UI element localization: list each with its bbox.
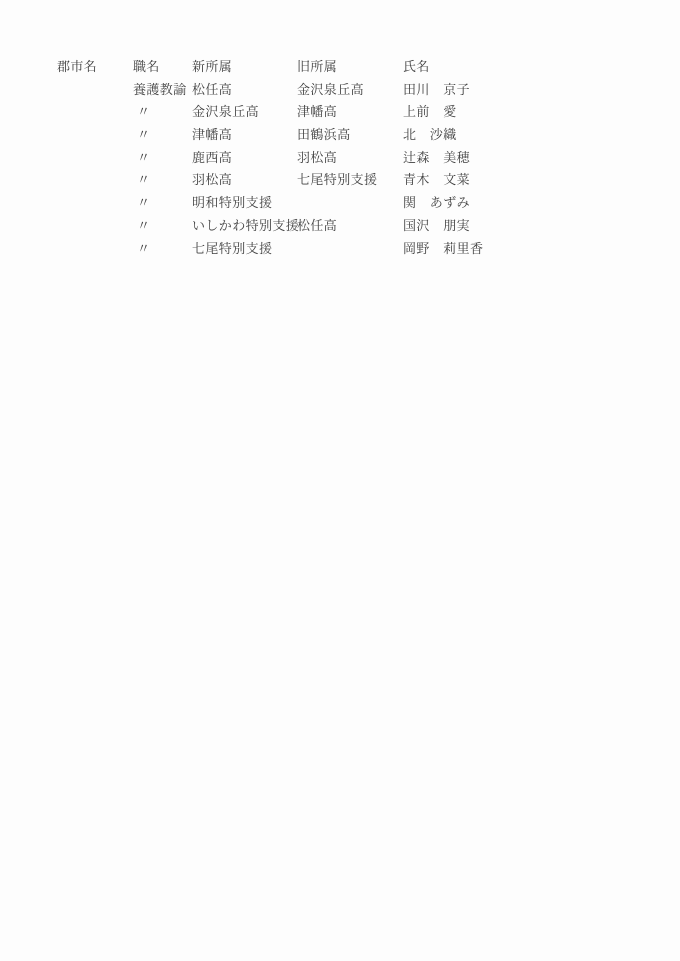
cell-job-title: 〃 xyxy=(133,192,150,215)
cell-name: 辻森 美穂 xyxy=(403,147,470,170)
personnel-transfer-table: 郡市名 職名 新所属 旧所属 氏名 養護教諭 松任高 金沢泉丘高 田川 京子 〃… xyxy=(0,56,680,260)
cell-new-affiliation: 明和特別支援 xyxy=(192,192,272,215)
cell-job-title: 養護教諭 xyxy=(133,79,187,102)
table-row: 〃 羽松高 七尾特別支援 青木 文菜 xyxy=(0,169,680,192)
cell-new-affiliation: 七尾特別支援 xyxy=(192,238,272,261)
cell-name: 上前 愛 xyxy=(403,101,457,124)
cell-job-title: 〃 xyxy=(133,169,150,192)
header-district: 郡市名 xyxy=(57,56,97,79)
cell-name: 田川 京子 xyxy=(403,79,470,102)
cell-job-title: 〃 xyxy=(133,147,150,170)
header-job-title: 職名 xyxy=(133,56,160,79)
cell-name: 岡野 莉里香 xyxy=(403,238,483,261)
cell-new-affiliation: 金沢泉丘高 xyxy=(192,101,259,124)
cell-old-affiliation: 金沢泉丘高 xyxy=(297,79,364,102)
cell-new-affiliation: いしかわ特別支援 xyxy=(192,215,299,238)
table-row: 〃 津幡高 田鶴浜高 北 沙織 xyxy=(0,124,680,147)
cell-name: 国沢 朋実 xyxy=(403,215,470,238)
cell-name: 青木 文菜 xyxy=(403,169,470,192)
cell-job-title: 〃 xyxy=(133,215,150,238)
document-page: 郡市名 職名 新所属 旧所属 氏名 養護教諭 松任高 金沢泉丘高 田川 京子 〃… xyxy=(0,0,680,961)
cell-new-affiliation: 津幡高 xyxy=(192,124,232,147)
cell-name: 関 あずみ xyxy=(403,192,470,215)
cell-new-affiliation: 鹿西高 xyxy=(192,147,232,170)
cell-name: 北 沙織 xyxy=(403,124,457,147)
cell-job-title: 〃 xyxy=(133,101,150,124)
table-row: 〃 七尾特別支援 岡野 莉里香 xyxy=(0,238,680,261)
table-row: 〃 明和特別支援 関 あずみ xyxy=(0,192,680,215)
table-header-row: 郡市名 職名 新所属 旧所属 氏名 xyxy=(0,56,680,79)
cell-old-affiliation: 津幡高 xyxy=(297,101,337,124)
table-row: 養護教諭 松任高 金沢泉丘高 田川 京子 xyxy=(0,79,680,102)
cell-old-affiliation: 七尾特別支援 xyxy=(297,169,377,192)
header-new-affiliation: 新所属 xyxy=(192,56,232,79)
cell-job-title: 〃 xyxy=(133,124,150,147)
cell-old-affiliation: 田鶴浜高 xyxy=(297,124,351,147)
table-row: 〃 鹿西高 羽松高 辻森 美穂 xyxy=(0,147,680,170)
table-row: 〃 いしかわ特別支援 松任高 国沢 朋実 xyxy=(0,215,680,238)
header-name: 氏名 xyxy=(403,56,430,79)
cell-old-affiliation: 羽松高 xyxy=(297,147,337,170)
cell-old-affiliation: 松任高 xyxy=(297,215,337,238)
cell-new-affiliation: 松任高 xyxy=(192,79,232,102)
table-row: 〃 金沢泉丘高 津幡高 上前 愛 xyxy=(0,101,680,124)
header-old-affiliation: 旧所属 xyxy=(297,56,337,79)
cell-new-affiliation: 羽松高 xyxy=(192,169,232,192)
cell-job-title: 〃 xyxy=(133,238,150,261)
